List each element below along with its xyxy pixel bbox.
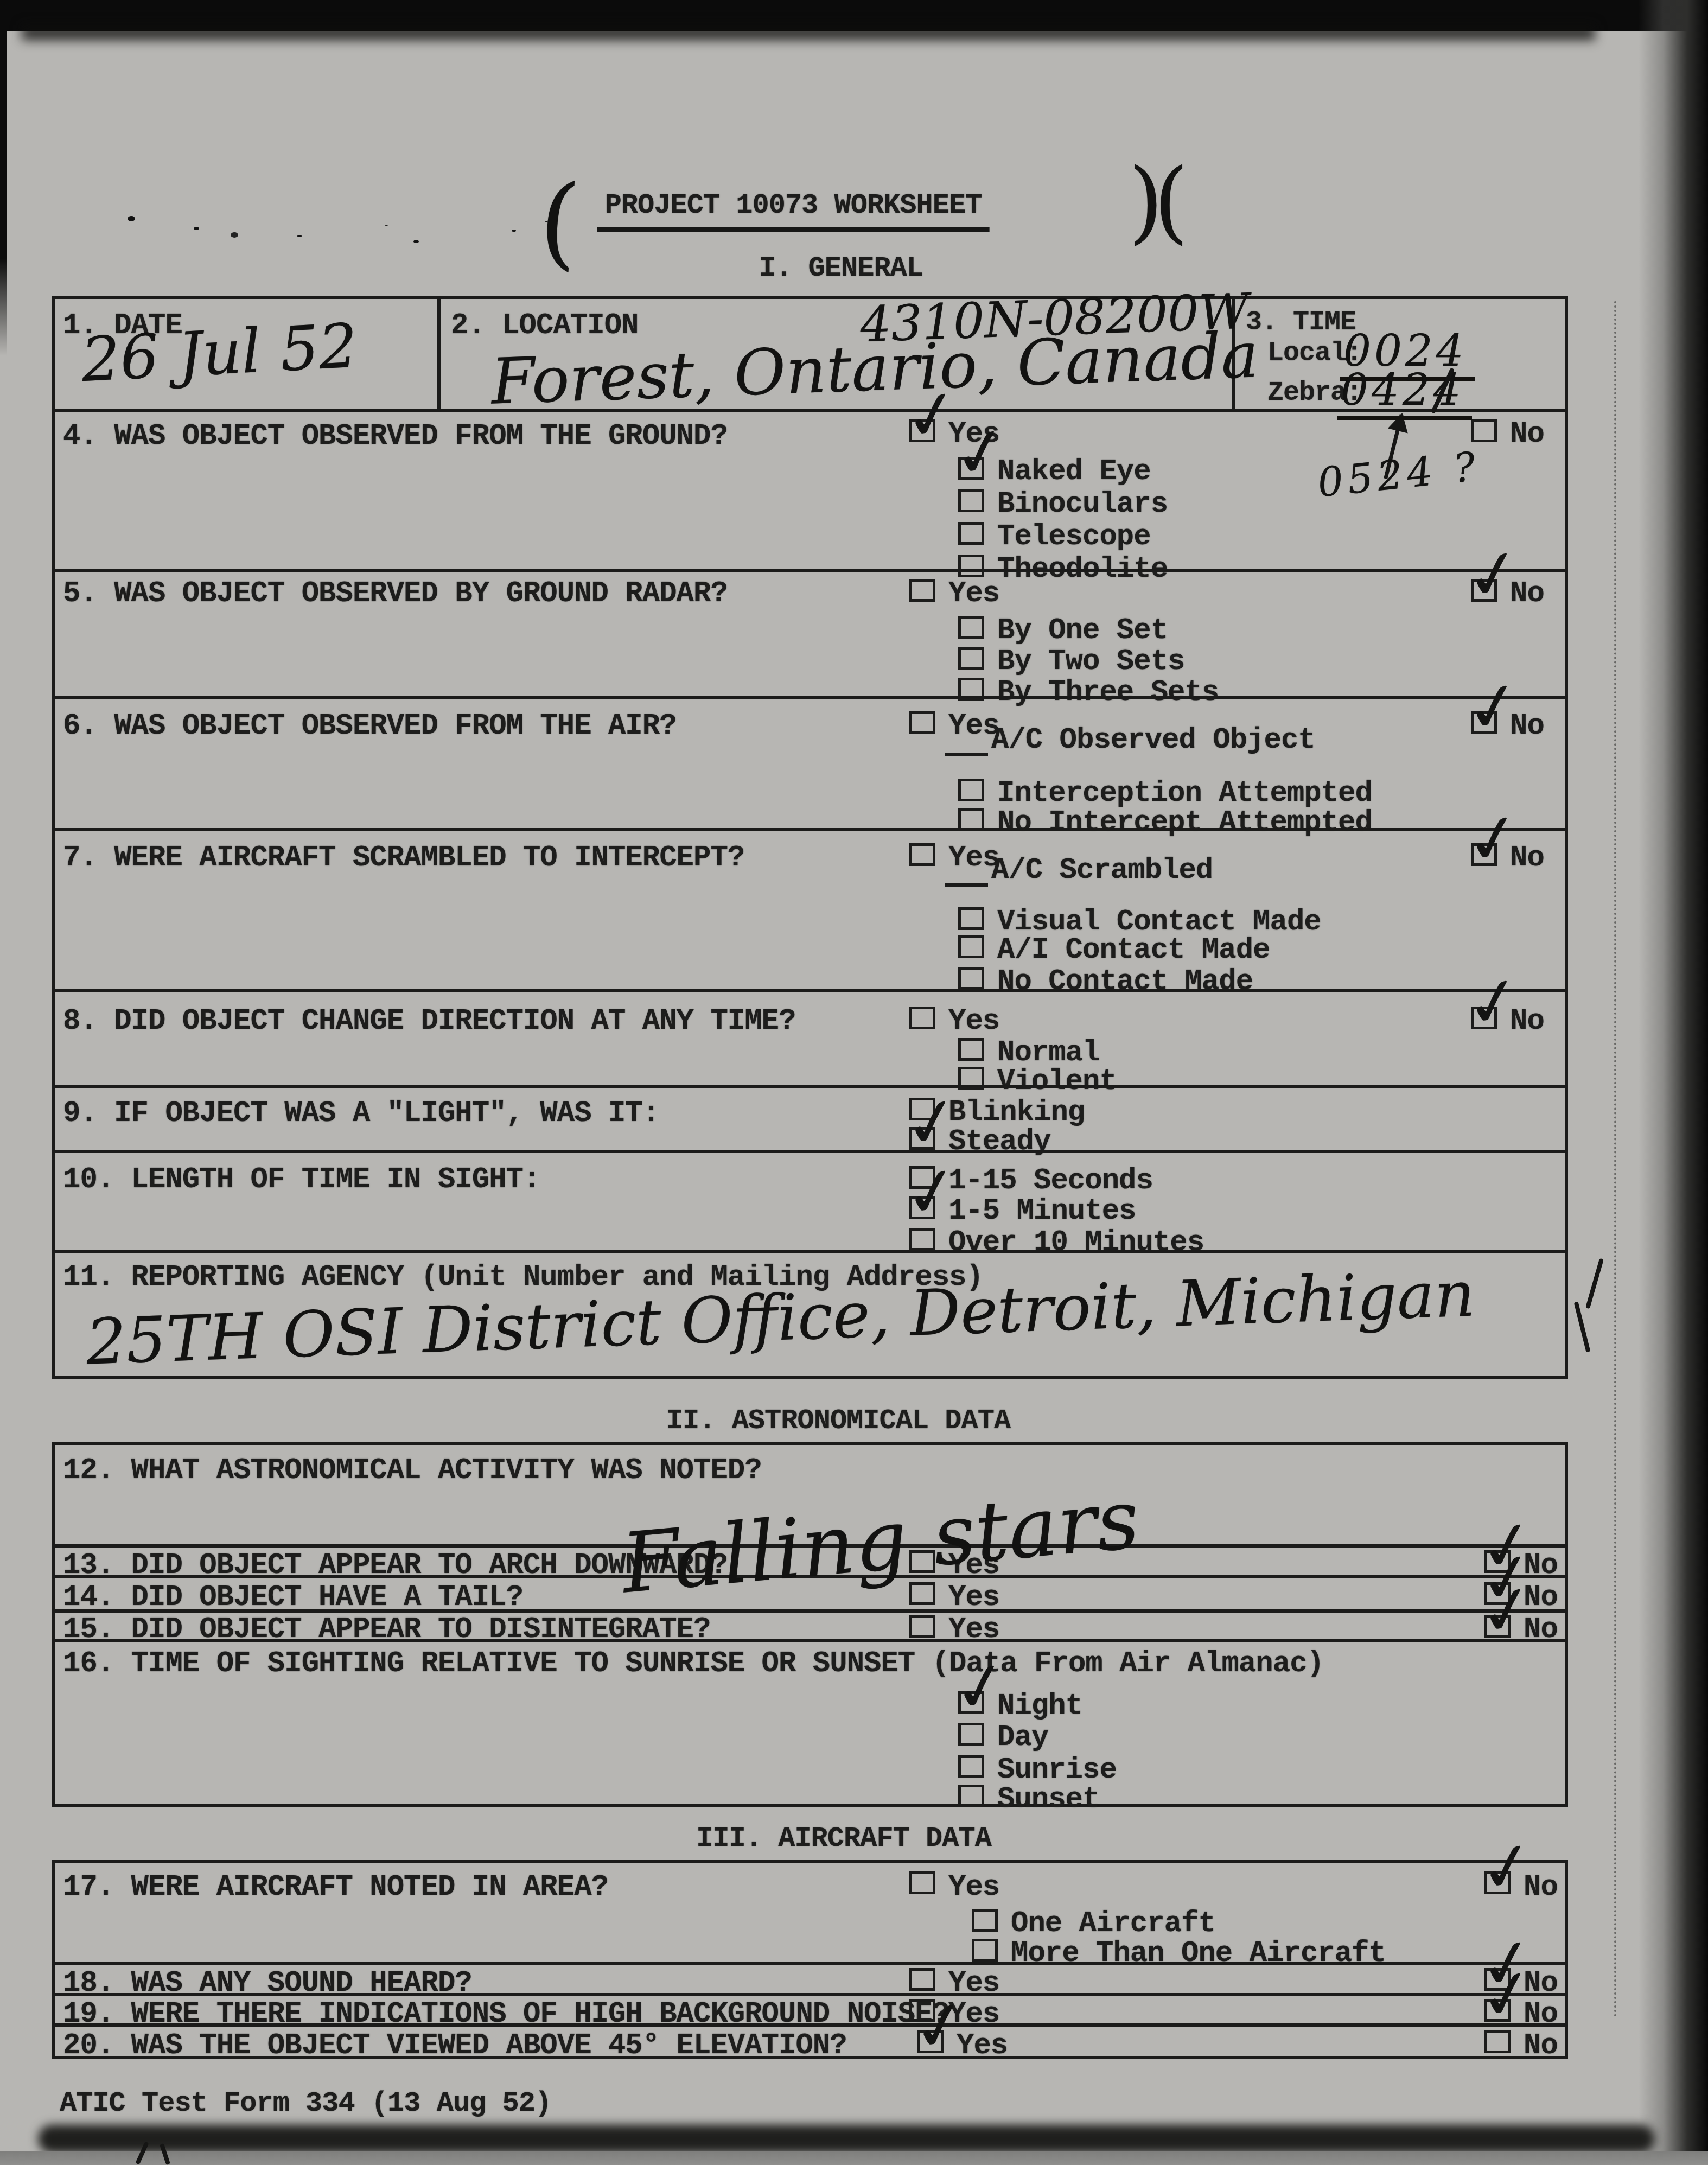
checkbox-q6-yes[interactable]: ✓ [909, 711, 935, 734]
checkbox-q5-no[interactable]: ✓ [1471, 579, 1497, 602]
row-q9: 9. IF OBJECT WAS A "LIGHT", WAS IT: ✓ Bl… [55, 1085, 1565, 1150]
section-astronomical-heading: II. ASTRONOMICAL DATA [666, 1406, 1010, 1436]
row-q7: 7. WERE AIRCRAFT SCRAMBLED TO INTERCEPT?… [55, 828, 1565, 989]
checkbox-q6-no-intercept[interactable]: ✓ [958, 808, 984, 831]
option-label: By Two Sets [997, 647, 1184, 678]
checkbox-q16-sunset[interactable]: ✓ [958, 1785, 984, 1807]
blank-underline [945, 728, 988, 756]
checkbox-q5-two-sets[interactable]: ✓ [958, 647, 984, 670]
stray-paren-mark: ( [536, 162, 583, 282]
row-q15: 15. DID OBJECT APPEAR TO DISINTEGRATE? ✓… [55, 1609, 1565, 1639]
option-label: A/C Observed Object [991, 725, 1315, 756]
question-label: 12. WHAT ASTRONOMICAL ACTIVITY WAS NOTED… [63, 1456, 762, 1487]
scan-left-edge [0, 30, 7, 356]
checkbox-q10-minutes[interactable]: ✓ [909, 1196, 935, 1219]
option-label: 1-5 Minutes [948, 1196, 1136, 1227]
checkbox-q8-yes[interactable]: ✓ [909, 1007, 935, 1029]
option-label: Interception Attempted [997, 779, 1372, 810]
checkbox-q16-sunrise[interactable]: ✓ [958, 1755, 984, 1778]
checkbox-q7-yes[interactable]: ✓ [909, 843, 935, 866]
row-q6: 6. WAS OBJECT OBSERVED FROM THE AIR? ✓ Y… [55, 696, 1565, 828]
checkbox-q16-day[interactable]: ✓ [958, 1723, 984, 1746]
checkbox-q17-no[interactable]: ✓ [1484, 1871, 1511, 1894]
checkbox-q4-binoculars[interactable]: ✓ [958, 489, 984, 512]
checkbox-q17-more-aircraft[interactable]: ✓ [972, 1939, 998, 1962]
checkbox-q5-one-set[interactable]: ✓ [958, 616, 984, 639]
q4-no-label: No [1510, 419, 1544, 450]
scan-top-shadow [22, 25, 1595, 40]
checkbox-q16-night[interactable]: ✓ [958, 1691, 984, 1714]
checkbox-q14-no[interactable]: ✓ [1484, 1582, 1511, 1605]
section-general-heading: I. GENERAL [759, 254, 923, 284]
checkbox-q7-visual-contact[interactable]: ✓ [958, 907, 984, 930]
cell-divider [437, 299, 441, 409]
option-label: Sunrise [997, 1755, 1117, 1786]
option-label: Sunset [997, 1785, 1099, 1816]
row-q10: 10. LENGTH OF TIME IN SIGHT: ✓ 1-15 Seco… [55, 1150, 1565, 1250]
checkbox-q20-yes[interactable]: ✓ [917, 2030, 944, 2053]
option-label: Naked Eye [997, 457, 1151, 488]
checkbox-q7-ai-contact[interactable]: ✓ [958, 935, 984, 958]
checkbox-q8-no[interactable]: ✓ [1471, 1007, 1497, 1029]
row-q8: 8. DID OBJECT CHANGE DIRECTION AT ANY TI… [55, 989, 1565, 1085]
time-label: 3. TIME [1246, 309, 1356, 338]
q20-no-label: No [1524, 2031, 1558, 2062]
scanned-worksheet-page: ( )( PROJECT 10073 WORKSHEET I. GENERAL … [0, 0, 1708, 2165]
blank-line-option: A/C Observed Object [945, 725, 1315, 756]
option-label: Day [997, 1723, 1048, 1754]
checkbox-q4-theodolite[interactable]: ✓ [958, 555, 984, 577]
option-label: Telescope [997, 522, 1151, 553]
checkbox-q4-telescope[interactable]: ✓ [958, 522, 984, 545]
option-label: 1-15 Seconds [948, 1166, 1153, 1197]
option-label: Normal [997, 1038, 1099, 1069]
q17-yes-label: Yes [948, 1873, 999, 1903]
astronomical-table: 12. WHAT ASTRONOMICAL ACTIVITY WAS NOTED… [52, 1442, 1568, 1807]
date-value-handwriting: 26 Jul 52 [80, 311, 359, 396]
page-title-text: PROJECT 10073 WORKSHEET [597, 191, 990, 232]
option-label: One Aircraft [1011, 1909, 1215, 1940]
q4-yes-label: Yes [948, 419, 999, 450]
question-label: 10. LENGTH OF TIME IN SIGHT: [63, 1165, 540, 1196]
option-label: By One Set [997, 616, 1168, 647]
question-label: 9. IF OBJECT WAS A "LIGHT", WAS IT: [63, 1099, 659, 1130]
checkbox-q8-violent[interactable]: ✓ [958, 1067, 984, 1090]
checkbox-q19-yes[interactable]: ✓ [909, 1999, 935, 2022]
checkbox-q18-yes[interactable]: ✓ [909, 1968, 935, 1991]
checkbox-q13-no[interactable]: ✓ [1484, 1550, 1511, 1573]
checkbox-q9-steady[interactable]: ✓ [909, 1127, 935, 1150]
question-label: 17. WERE AIRCRAFT NOTED IN AREA? [63, 1873, 608, 1903]
blank-underline [945, 858, 988, 887]
option-label: A/I Contact Made [997, 935, 1270, 966]
checkbox-q9-blinking[interactable]: ✓ [909, 1098, 935, 1120]
question-label: 8. DID OBJECT CHANGE DIRECTION AT ANY TI… [63, 1007, 795, 1037]
scan-bottom-smudge [38, 2125, 1655, 2153]
q6-no-label: No [1510, 711, 1544, 742]
question-label: 20. WAS THE OBJECT VIEWED ABOVE 45° ELEV… [63, 2031, 847, 2062]
aircraft-table: 17. WERE AIRCRAFT NOTED IN AREA? ✓ Yes ✓… [52, 1860, 1568, 2059]
row-q18: 18. WAS ANY SOUND HEARD? ✓ Yes ✓ No [55, 1962, 1565, 1993]
option-label: A/C Scrambled [991, 856, 1213, 887]
row-q19: 19. WERE THERE INDICATIONS OF HIGH BACKG… [55, 1993, 1565, 2023]
page-kink-mark [1574, 1301, 1591, 1352]
q8-no-label: No [1510, 1007, 1544, 1037]
row-q16: 16. TIME OF SIGHTING RELATIVE TO SUNRISE… [55, 1639, 1565, 1804]
checkbox-q5-three-sets[interactable]: ✓ [958, 678, 984, 701]
q17-no-label: No [1524, 1873, 1558, 1903]
checkbox-q15-no[interactable]: ✓ [1484, 1615, 1511, 1638]
section-aircraft-heading: III. AIRCRAFT DATA [696, 1824, 991, 1854]
checkbox-q6-interception[interactable]: ✓ [958, 779, 984, 801]
page-crease-line [1614, 301, 1616, 2018]
checkbox-q10-seconds[interactable]: ✓ [909, 1166, 935, 1189]
scan-right-band [1639, 0, 1708, 2165]
checkbox-q17-yes[interactable]: ✓ [909, 1871, 935, 1894]
checkbox-q4-yes[interactable]: ✓ [909, 419, 935, 442]
row-q20: 20. WAS THE OBJECT VIEWED ABOVE 45° ELEV… [55, 2023, 1565, 2056]
checkbox-q5-yes[interactable]: ✓ [909, 579, 935, 602]
form-number-footer: ATIC Test Form 334 (13 Aug 52) [60, 2089, 551, 2119]
checkbox-q4-naked-eye[interactable]: ✓ [958, 457, 984, 480]
checkbox-q7-no[interactable]: ✓ [1471, 843, 1497, 866]
scan-bottom-strip [0, 2151, 1708, 2165]
question-label: 6. WAS OBJECT OBSERVED FROM THE AIR? [63, 711, 677, 742]
row-q5: 5. WAS OBJECT OBSERVED BY GROUND RADAR? … [55, 569, 1565, 696]
option-label: Blinking [948, 1098, 1085, 1129]
q5-no-label: No [1510, 579, 1544, 610]
question-label: 16. TIME OF SIGHTING RELATIVE TO SUNRISE… [63, 1649, 1324, 1680]
blank-line-option: A/C Scrambled [945, 856, 1213, 887]
checkbox-q18-no[interactable]: ✓ [1484, 1968, 1511, 1991]
option-label: Binoculars [997, 489, 1168, 520]
checkbox-q4-no[interactable]: ✓ [1471, 419, 1497, 442]
checkbox-q15-yes[interactable]: ✓ [909, 1615, 935, 1638]
checkbox-q6-no[interactable]: ✓ [1471, 711, 1497, 734]
question-label: 7. WERE AIRCRAFT SCRAMBLED TO INTERCEPT? [63, 843, 744, 874]
q5-yes-label: Yes [948, 579, 999, 610]
checkbox-q20-no[interactable]: ✓ [1484, 2030, 1511, 2053]
row-q17: 17. WERE AIRCRAFT NOTED IN AREA? ✓ Yes ✓… [55, 1863, 1565, 1962]
question-label: 5. WAS OBJECT OBSERVED BY GROUND RADAR? [63, 579, 728, 610]
checkbox-q8-normal[interactable]: ✓ [958, 1038, 984, 1061]
q8-yes-label: Yes [948, 1007, 999, 1037]
checkbox-q7-no-contact[interactable]: ✓ [958, 967, 984, 990]
checkbox-q17-one-aircraft[interactable]: ✓ [972, 1909, 998, 1932]
question-label: 4. WAS OBJECT OBSERVED FROM THE GROUND? [63, 422, 728, 453]
option-label: Night [997, 1691, 1082, 1722]
q7-no-label: No [1510, 843, 1544, 874]
q20-yes-label: Yes [957, 2031, 1008, 2062]
page-title: PROJECT 10073 WORKSHEET [597, 191, 990, 232]
stray-paren-mark: )( [1129, 149, 1179, 253]
ink-specks [128, 216, 135, 221]
location-label: 2. LOCATION [451, 311, 638, 342]
checkbox-q19-no[interactable]: ✓ [1484, 1999, 1511, 2022]
checkbox-q10-over10[interactable]: ✓ [909, 1228, 935, 1251]
page-kink-mark [1585, 1258, 1604, 1309]
